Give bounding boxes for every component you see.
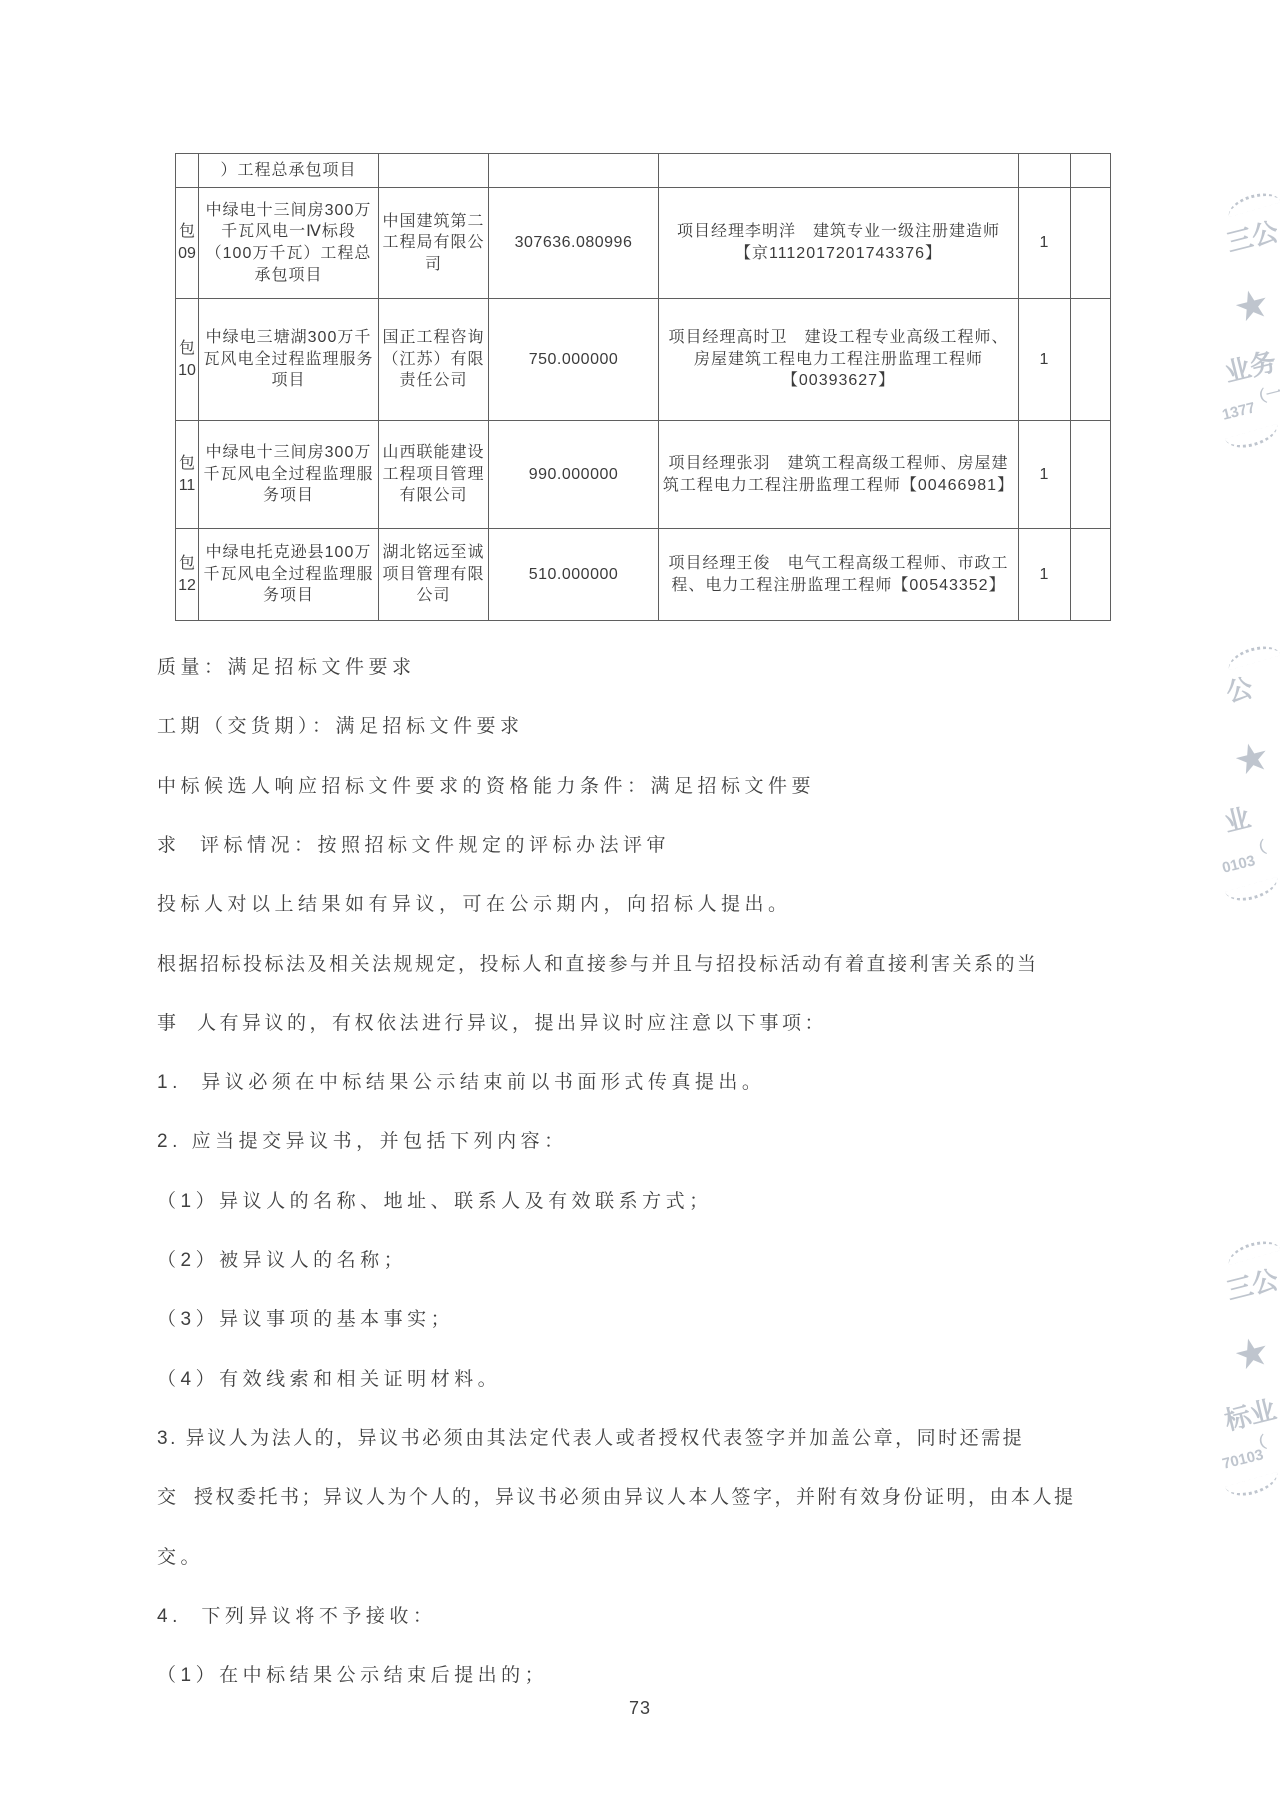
page-number: 73 — [0, 1698, 1280, 1719]
paragraph-line: 4. 下列异议将不予接收： — [157, 1605, 1092, 1629]
project-cell: ）工程总承包项目 — [199, 154, 379, 188]
star-icon: ★ — [1229, 279, 1275, 332]
paragraph-line: （4）有效线索和相关证明材料。 — [157, 1368, 1092, 1392]
amount-cell: 750.000000 — [489, 299, 659, 421]
company-cell — [379, 154, 489, 188]
count-cell: 1 — [1019, 188, 1071, 299]
seal-text-fragment: 公 — [1222, 667, 1256, 709]
paragraph-line: 交 授权委托书；异议人为个人的，异议书必须由异议人本人签字，并附有效身份证明，由… — [157, 1486, 1092, 1510]
seal-number-fragment: 70103 — [1221, 1446, 1266, 1473]
seal-text-fragment: （ — [1247, 834, 1268, 860]
company-cell: 中国建筑第二工程局有限公司 — [379, 188, 489, 299]
extra-cell — [1071, 529, 1111, 621]
paragraph-line: 根据招标投标法及相关法规规定，投标人和直接参与并且与招投标活动有着直接利害关系的… — [157, 953, 1092, 977]
extra-cell — [1071, 154, 1111, 188]
project-cell: 中绿电十三间房300万千瓦风电全过程监理服务项目 — [199, 421, 379, 529]
project-cell: 中绿电托克逊县100万千瓦风电全过程监理服务项目 — [199, 529, 379, 621]
extra-cell — [1071, 421, 1111, 529]
seal-top-arc — [1225, 188, 1280, 217]
paragraph-line: 3. 异议人为法人的，异议书必须由其法定代表人或者授权代表签字并加盖公章，同时还… — [157, 1427, 1092, 1451]
seal-bottom-arc — [1225, 1472, 1280, 1501]
seal-text-fragment: （ — [1247, 1429, 1268, 1455]
paragraph-line: 求 评标情况：按照招标文件规定的评标办法评审 — [157, 834, 1092, 858]
paragraph-line: 1. 异议必须在中标结果公示结束前以书面形式传真提出。 — [157, 1071, 1092, 1095]
extra-cell — [1071, 299, 1111, 421]
seal-text-fragment: 业 — [1220, 797, 1254, 839]
watermark-seal: 公★业（0103 — [1220, 648, 1280, 903]
paragraph-line: （2）被异议人的名称； — [157, 1249, 1092, 1273]
star-icon: ★ — [1229, 732, 1275, 785]
seal-top-arc — [1225, 1236, 1280, 1265]
package-cell: 包 12 — [176, 529, 199, 621]
project-cell: 中绿电十三间房300万千瓦风电一Ⅳ标段（100万千瓦）工程总承包项目 — [199, 188, 379, 299]
seal-text-fragment: （一 — [1248, 379, 1280, 409]
count-cell: 1 — [1019, 421, 1071, 529]
table-row: 包 10中绿电三塘湖300万千瓦风电全过程监理服务项目国正工程咨询（江苏）有限责… — [176, 299, 1111, 421]
manager-cell — [659, 154, 1019, 188]
package-cell: 包 11 — [176, 421, 199, 529]
star-icon: ★ — [1229, 1327, 1275, 1380]
seal-top-arc — [1225, 641, 1280, 670]
seal-text-fragment: 业务 — [1220, 341, 1279, 389]
count-cell: 1 — [1019, 529, 1071, 621]
manager-cell: 项目经理李明洋 建筑专业一级注册建造师【京1112017201743376】 — [659, 188, 1019, 299]
package-cell — [176, 154, 199, 188]
amount-cell: 510.000000 — [489, 529, 659, 621]
paragraph-line: 交。 — [157, 1546, 1092, 1570]
table-row: 包 11中绿电十三间房300万千瓦风电全过程监理服务项目山西联能建设工程项目管理… — [176, 421, 1111, 529]
seal-text-fragment: 三公 — [1222, 211, 1280, 259]
paragraph-line: 质量：满足招标文件要求 — [157, 656, 1092, 680]
company-cell: 山西联能建设工程项目管理有限公司 — [379, 421, 489, 529]
table-row: ）工程总承包项目 — [176, 154, 1111, 188]
bid-result-table-body: ）工程总承包项目包 09中绿电十三间房300万千瓦风电一Ⅳ标段（100万千瓦）工… — [176, 154, 1111, 621]
paragraph-line: （3）异议事项的基本事实； — [157, 1308, 1092, 1332]
seal-bottom-arc — [1225, 424, 1280, 453]
manager-cell: 项目经理王俊 电气工程高级工程师、市政工程、电力工程注册监理工程师【005433… — [659, 529, 1019, 621]
amount-cell — [489, 154, 659, 188]
seal-number-fragment: 1377 — [1220, 399, 1256, 424]
paragraph-line: （1）在中标结果公示结束后提出的； — [157, 1664, 1092, 1688]
company-cell: 湖北铭远至诚项目管理有限公司 — [379, 529, 489, 621]
manager-cell: 项目经理张羽 建筑工程高级工程师、房屋建筑工程电力工程注册监理工程师【00466… — [659, 421, 1019, 529]
amount-cell: 307636.080996 — [489, 188, 659, 299]
paragraph-line: 事 人有异议的，有权依法进行异议，提出异议时应注意以下事项： — [157, 1012, 1092, 1036]
paragraph-line: 投标人对以上结果如有异议，可在公示期内，向招标人提出。 — [157, 893, 1092, 917]
bid-result-table: ）工程总承包项目包 09中绿电十三间房300万千瓦风电一Ⅳ标段（100万千瓦）工… — [175, 153, 1111, 621]
watermark-seal: 三公★业务（一1377 — [1220, 195, 1280, 450]
table-row: 包 09中绿电十三间房300万千瓦风电一Ⅳ标段（100万千瓦）工程总承包项目中国… — [176, 188, 1111, 299]
paragraph-line: 中标候选人响应招标文件要求的资格能力条件：满足招标文件要 — [157, 775, 1092, 799]
paragraph-line: 2. 应当提交异议书，并包括下列内容： — [157, 1130, 1092, 1154]
paragraph-line: 工期（交货期）：满足招标文件要求 — [157, 715, 1092, 739]
seal-text-fragment: 三公 — [1222, 1259, 1280, 1307]
paragraph-line: （1）异议人的名称、地址、联系人及有效联系方式； — [157, 1190, 1092, 1214]
table-row: 包 12中绿电托克逊县100万千瓦风电全过程监理服务项目湖北铭远至诚项目管理有限… — [176, 529, 1111, 621]
package-cell: 包 10 — [176, 299, 199, 421]
seal-bottom-arc — [1225, 877, 1280, 906]
count-cell: 1 — [1019, 299, 1071, 421]
seal-number-fragment: 0103 — [1220, 852, 1256, 877]
amount-cell: 990.000000 — [489, 421, 659, 529]
manager-cell: 项目经理高时卫 建设工程专业高级工程师、房屋建筑工程电力工程注册监理工程师【00… — [659, 299, 1019, 421]
watermark-seal: 三公★标业（70103 — [1220, 1243, 1280, 1498]
project-cell: 中绿电三塘湖300万千瓦风电全过程监理服务项目 — [199, 299, 379, 421]
company-cell: 国正工程咨询（江苏）有限责任公司 — [379, 299, 489, 421]
package-cell: 包 09 — [176, 188, 199, 299]
extra-cell — [1071, 188, 1111, 299]
count-cell — [1019, 154, 1071, 188]
document-page: ）工程总承包项目包 09中绿电十三间房300万千瓦风电一Ⅳ标段（100万千瓦）工… — [0, 0, 1280, 1809]
seal-text-fragment: 标业 — [1220, 1389, 1279, 1437]
